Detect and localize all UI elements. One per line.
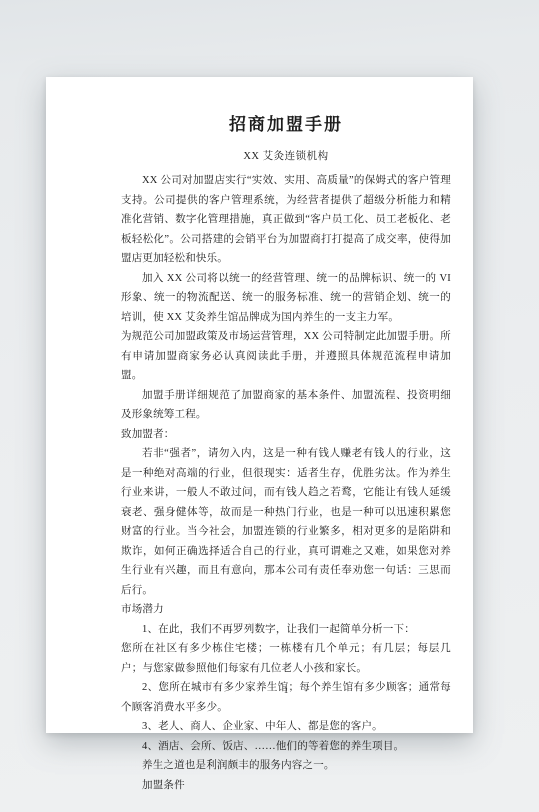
paragraph-community-analysis: 您所在社区有多少栋住宅楼；一栋楼有几个单元；有几层；每层几户；与您家做参照他们每… (121, 639, 451, 678)
page-number: 1 (121, 685, 451, 695)
document-subtitle: XX 艾灸连锁机构 (121, 148, 451, 163)
paragraph-profit-note: 养生之道也是利润颇丰的服务内容之一。 (121, 756, 451, 776)
list-item-3: 3、老人、商人、企业家、中年人、都是您的客户。 (121, 717, 451, 737)
paragraph-unified-brand: 加入 XX 公司将以统一的经营管理、统一的品牌标识、统一的 VI 形象、统一的物… (121, 269, 451, 328)
document-page: 招商加盟手册 XX 艾灸连锁机构 XX 公司对加盟店实行“实效、实用、高质量”的… (46, 77, 473, 733)
document-title: 招商加盟手册 (121, 110, 451, 135)
paragraph-industry-intro: 若非“强者”，请勿入内，这是一种有钱人赚老有钱人的行业，这是一种绝对高端的行业，… (121, 444, 451, 600)
paragraph-manual-purpose: 为规范公司加盟政策及市场运营管理，XX 公司特制定此加盟手册。所有申请加盟商家务… (121, 327, 451, 386)
heading-join-conditions: 加盟条件 (121, 776, 451, 796)
paragraph-manual-scope: 加盟手册详细规范了加盟商家的基本条件、加盟流程、投资明细及形象统筹工程。 (121, 386, 451, 425)
paragraph-company-support: XX 公司对加盟店实行“实效、实用、高质量”的保姆式的客户管理支持。公司提供的客… (121, 171, 451, 269)
heading-market-potential: 市场潜力 (121, 600, 451, 620)
heading-to-franchisee: 致加盟者： (121, 425, 451, 445)
desktop-background: 招商加盟手册 XX 艾灸连锁机构 XX 公司对加盟店实行“实效、实用、高质量”的… (0, 0, 539, 812)
list-item-4: 4、酒店、会所、饭店、……他们的等着您的养生项目。 (121, 737, 451, 757)
list-item-1: 1、在此，我们不再罗列数字，让我们一起简单分析一下： (121, 620, 451, 640)
list-item-2: 2、您所在城市有多少家养生馆；每个养生馆有多少顾客；通常每个顾客消费水平多少。 (121, 678, 451, 717)
document-content: 招商加盟手册 XX 艾灸连锁机构 XX 公司对加盟店实行“实效、实用、高质量”的… (46, 77, 473, 733)
